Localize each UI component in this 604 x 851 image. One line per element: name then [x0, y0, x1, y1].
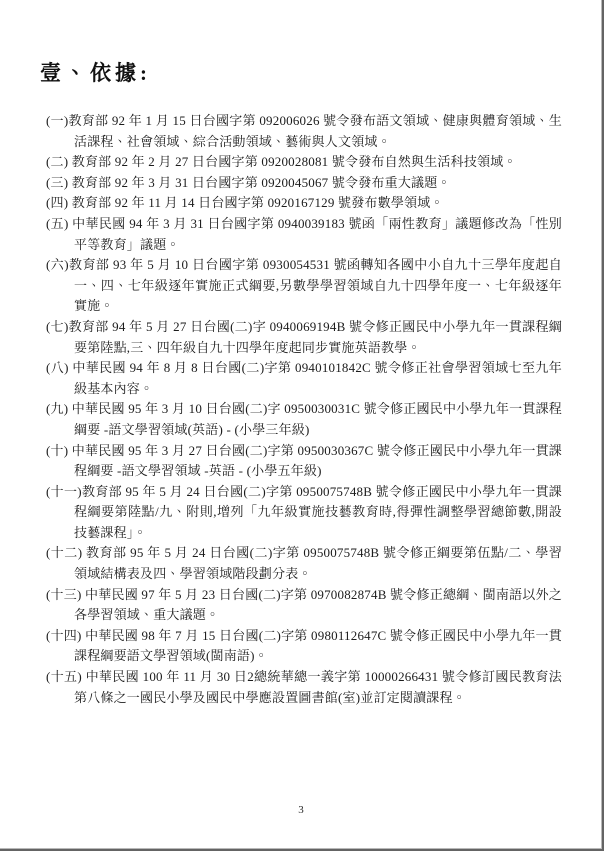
list-item-13: (十三) 中華民國 97 年 5 月 23 日台國(二)字第 097008287…: [46, 585, 562, 626]
item-text: 中華民國 98 年 7 月 15 日台國(二)字第 0980112647C 號令…: [74, 628, 562, 664]
item-marker: (十三): [46, 587, 82, 602]
item-text: 教育部 92 年 3 月 31 日台國字第 0920045067 號令發布重大議…: [68, 175, 450, 190]
item-text: 教育部 92 年 11 月 14 日台國字第 0920167129 號發布數學領…: [68, 195, 443, 210]
item-marker: (十一): [46, 484, 82, 499]
item-marker: (一): [46, 113, 68, 128]
item-marker: (十四): [46, 628, 82, 643]
item-marker: (九): [46, 401, 68, 416]
list-item-5: (五) 中華民國 94 年 3 月 31 日台國字第 0940039183 號函…: [46, 214, 562, 255]
list-item-14: (十四) 中華民國 98 年 7 月 15 日台國(二)字第 098011264…: [46, 626, 562, 667]
list-item-15: (十五) 中華民國 100 年 11 月 30 日2總統華總一義字第 10000…: [46, 667, 562, 708]
item-marker: (四): [46, 195, 68, 210]
page-title: 壹、依據:: [40, 57, 602, 87]
item-text: 教育部 94 年 5 月 27 日台國(二)字 0940069194B 號令修正…: [69, 319, 563, 355]
item-text: 教育部 92 年 2 月 27 日台國字第 0920028081 號令發布自然與…: [68, 154, 516, 169]
item-text: 中華民國 97 年 5 月 23 日台國(二)字第 0970082874B 號令…: [74, 587, 562, 623]
item-marker: (六): [46, 257, 69, 272]
legal-basis-list: (一)教育部 92 年 1 月 15 日台國字第 092006026 號令發布語…: [0, 111, 602, 708]
item-text: 教育部 93 年 5 月 10 日台國字第 0930054531 號函轉知各國中…: [69, 257, 562, 313]
item-text: 中華民國 95 年 3 月 27 日台國(二)字第 0950030367C 號令…: [68, 443, 562, 479]
item-marker: (七): [46, 319, 69, 334]
list-item-12: (十二) 教育部 95 年 5 月 24 日台國(二)字第 0950075748…: [46, 543, 562, 584]
list-item-9: (九) 中華民國 95 年 3 月 10 日台國(二)字 0950030031C…: [46, 399, 562, 440]
item-text: 教育部 95 年 5 月 24 日台國(二)字第 0950075748B 號令修…: [74, 484, 562, 540]
item-marker: (十五): [46, 669, 82, 684]
item-text: 教育部 95 年 5 月 24 日台國(二)字第 0950075748B 號令修…: [74, 545, 562, 581]
list-item-1: (一)教育部 92 年 1 月 15 日台國字第 092006026 號令發布語…: [46, 111, 562, 152]
item-text: 中華民國 94 年 3 月 31 日台國字第 0940039183 號函「兩性教…: [69, 216, 562, 252]
document-page: 壹、依據: (一)教育部 92 年 1 月 15 日台國字第 092006026…: [0, 0, 604, 851]
item-marker: (十二): [46, 545, 82, 560]
page-number: 3: [0, 804, 602, 816]
list-item-6: (六)教育部 93 年 5 月 10 日台國字第 0930054531 號函轉知…: [46, 255, 562, 317]
item-text: 中華民國 94 年 8 月 8 日台國(二)字第 0940101842C 號令修…: [69, 360, 562, 396]
item-marker: (二): [46, 154, 68, 169]
item-marker: (十): [46, 443, 68, 458]
item-text: 中華民國 100 年 11 月 30 日2總統華總一義字第 1000026643…: [74, 669, 562, 705]
item-marker: (五): [46, 216, 69, 231]
item-marker: (八): [46, 360, 69, 375]
list-item-10: (十) 中華民國 95 年 3 月 27 日台國(二)字第 0950030367…: [46, 441, 562, 482]
item-text: 中華民國 95 年 3 月 10 日台國(二)字 0950030031C 號令修…: [68, 401, 562, 437]
list-item-4: (四) 教育部 92 年 11 月 14 日台國字第 0920167129 號發…: [46, 193, 562, 214]
list-item-2: (二) 教育部 92 年 2 月 27 日台國字第 0920028081 號令發…: [46, 152, 562, 173]
list-item-11: (十一)教育部 95 年 5 月 24 日台國(二)字第 0950075748B…: [46, 482, 562, 544]
item-text: 教育部 92 年 1 月 15 日台國字第 092006026 號令發布語文領域…: [68, 113, 562, 149]
list-item-8: (八) 中華民國 94 年 8 月 8 日台國(二)字第 0940101842C…: [46, 358, 562, 399]
list-item-7: (七)教育部 94 年 5 月 27 日台國(二)字 0940069194B 號…: [46, 317, 562, 358]
list-item-3: (三) 教育部 92 年 3 月 31 日台國字第 0920045067 號令發…: [46, 173, 562, 194]
item-marker: (三): [46, 175, 68, 190]
